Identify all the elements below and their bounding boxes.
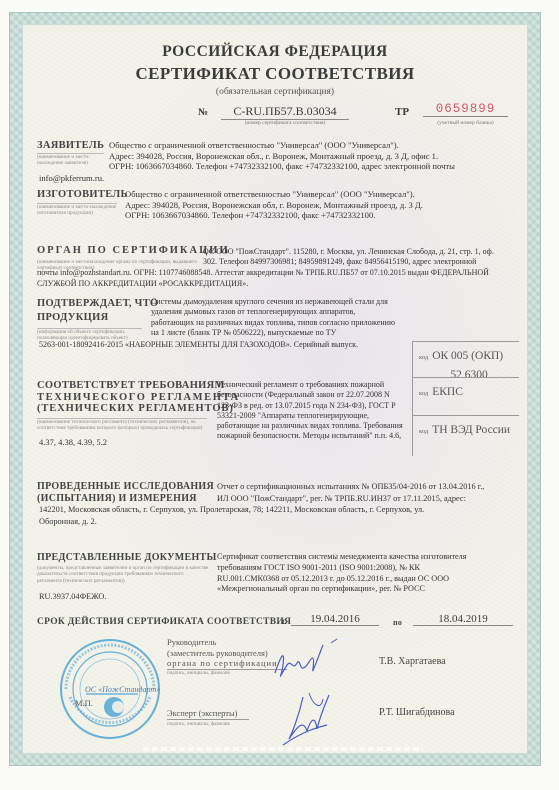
- product-spec-line: 5263-001-18092416-2015 «НАБОРНЫЕ ЭЛЕМЕНТ…: [39, 340, 358, 351]
- manufacturer-caption: (наименование и место-нахождение изготов…: [37, 203, 117, 217]
- cert-body-details-b: почты info@pozhstandart.ru. ОГРН: 110774…: [37, 268, 532, 289]
- compliance-heading-line: СООТВЕТСТВУЕТ ТРЕБОВАНИЯМ: [37, 380, 240, 392]
- tests-details-a: Отчет о сертификационных испытаниях № ОП…: [217, 481, 527, 504]
- tnved-code-label: код: [419, 428, 428, 435]
- head-name: Т.В. Харгатаева: [379, 657, 446, 668]
- tests-heading: ПРОВЕДЕННЫЕ ИССЛЕДОВАНИЯ (ИСПЫТАНИЯ) И И…: [37, 481, 214, 505]
- expert-caption: подпись, инициалы, фамилия: [167, 722, 230, 727]
- validity-to-date: 18.04.2019: [413, 613, 513, 626]
- documents-tail: RU.3937.04ФЕЖО.: [39, 592, 106, 603]
- expert-label: Эксперт (эксперты): [167, 708, 249, 720]
- product-heading-line: ПОДТВЕРЖДАЕТ, ЧТО: [37, 297, 158, 311]
- documents-line: «Межрегиональный орган по сертификации»,…: [217, 584, 527, 595]
- ekps-code-name: ЕКПС: [432, 386, 463, 398]
- compliance-line: работающие на различных видах топлива. Т…: [217, 421, 407, 431]
- compliance-line: Технический регламент о требованиях пожа…: [217, 380, 407, 390]
- applicant-line: ОГРН: 1063667034860. Телефон +7473233210…: [109, 161, 519, 172]
- compliance-caption: (наименование технического регламента (т…: [37, 418, 207, 432]
- validity-to-label: по: [393, 618, 402, 627]
- cert-body-line: СЛУЖБОЙ ПО АККРЕДИТАЦИИ «РОСАККРЕДИТАЦИЯ…: [37, 279, 532, 290]
- certificate-sheet: РОССИЙСКАЯ ФЕДЕРАЦИЯ СЕРТИФИКАТ СООТВЕТС…: [23, 25, 527, 753]
- validity-from-label: с: [282, 617, 287, 627]
- cert-body-line: почты info@pozhstandart.ru. ОГРН: 110774…: [37, 268, 532, 279]
- manufacturer-line: Общество с ограниченной ответственностью…: [125, 189, 525, 200]
- tp-label: ТР: [395, 106, 409, 118]
- tnved-code-name: ТН ВЭД России: [432, 424, 510, 436]
- product-line: Системы дымоудаления круглого сечения из…: [151, 297, 421, 307]
- stamp-org-text: ОС «ПожСтандарт»: [85, 685, 160, 694]
- tests-details-b: 142201, Московская область, г. Серпухов,…: [39, 504, 534, 527]
- documents-details: Сертификат соответствия системы менеджме…: [217, 552, 527, 595]
- head-signature-caption: подпись, инициалы, фамилия: [167, 671, 230, 676]
- compliance-line: пожарной безопасности. Методы испытаний"…: [217, 431, 407, 441]
- tests-line: Оборонная, д. 2.: [39, 516, 534, 528]
- ekps-code-box: код ЕКПС: [412, 377, 519, 418]
- certificate-border: РОССИЙСКАЯ ФЕДЕРАЦИЯ СЕРТИФИКАТ СООТВЕТС…: [9, 12, 541, 766]
- compliance-line: 53321-2009 "Аппараты теплогенерирующие,: [217, 411, 407, 421]
- documents-line: требованиям ГОСТ ISO 9001-2011 (ISO 9001…: [217, 563, 527, 574]
- certificate-number: C-RU.ПБ57.В.03034: [221, 104, 349, 120]
- certificate-subtitle: (обязательная сертификация): [23, 87, 527, 97]
- tnved-code-box: код ТН ВЭД России: [412, 415, 519, 456]
- product-line: удаления дымовых газов от теплогенерирую…: [151, 307, 421, 317]
- applicant-line: Общество с ограниченной ответственностью…: [109, 140, 519, 151]
- stamp-label: М.П.: [75, 698, 93, 708]
- okp-code-name: ОК 005 (ОКП): [432, 350, 503, 362]
- applicant-line: Адрес: 394028, Россия, Воронежская обл.,…: [109, 151, 519, 162]
- country-title: РОССИЙСКАЯ ФЕДЕРАЦИЯ: [23, 43, 527, 61]
- tests-line: ИЛ ООО "ПожСтандарт", рег. № ТРПБ.RU.ИН3…: [217, 493, 527, 505]
- manufacturer-details: Общество с ограниченной ответственностью…: [125, 189, 525, 221]
- documents-heading: ПРЕДСТАВЛЕННЫЕ ДОКУМЕНТЫ: [37, 552, 217, 563]
- compliance-details: Технический регламент о требованиях пожа…: [217, 380, 407, 442]
- product-line: на 1 листе (бланк ТР № 0506222), выпуска…: [151, 328, 421, 338]
- bottom-microtext: [143, 747, 423, 751]
- blank-number-caption: (учетный номер бланка): [423, 120, 508, 126]
- compliance-heading-line: (ТЕХНИЧЕСКИХ РЕГЛАМЕНТОВ): [37, 403, 240, 415]
- certificate-title: СЕРТИФИКАТ СООТВЕТСТВИЯ: [23, 64, 527, 84]
- expert-name: Р.Т. Шигабдинова: [379, 708, 455, 719]
- manufacturer-heading: ИЗГОТОВИТЕЛЬ: [37, 189, 128, 200]
- validity-from-date: 19.04.2016: [291, 613, 379, 626]
- documents-line: RU.001.СМК0368 от 05.12.2013 г. до 05.12…: [217, 574, 527, 585]
- product-heading-line: ПРОДУКЦИЯ: [37, 311, 158, 325]
- product-description: Системы дымоудаления круглого сечения из…: [151, 297, 421, 339]
- tests-line: 142201, Московская область, г. Серпухов,…: [39, 504, 534, 516]
- cert-body-details-a: ОС ООО "ПожСтандарт". 115280, г. Москва,…: [203, 247, 523, 267]
- okp-code-label: код: [419, 354, 428, 361]
- compliance-heading: СООТВЕТСТВУЕТ ТРЕБОВАНИЯМ ТЕХНИЧЕСКОГО Р…: [37, 380, 240, 415]
- compliance-clauses: 4.37, 4.38, 4.39, 5.2: [39, 437, 107, 448]
- applicant-details: Общество с ограниченной ответственностью…: [109, 140, 519, 172]
- signature-icon: [263, 635, 363, 755]
- compliance-heading-line: ТЕХНИЧЕСКОГО РЕГЛАМЕНТА: [37, 392, 240, 404]
- blank-number: 0659899: [423, 102, 508, 117]
- compliance-line: 123-ФЗ в ред. от 13.07.2015 года N 234-Ф…: [217, 401, 407, 411]
- manufacturer-line: Адрес: 394028, Россия, Воронежская обл, …: [125, 200, 525, 211]
- tests-heading-line: ПРОВЕДЕННЫЕ ИССЛЕДОВАНИЯ: [37, 481, 214, 493]
- cert-body-line: 302. Телефон 84997306981; 84959891249, ф…: [203, 257, 523, 267]
- validity-label: СРОК ДЕЙСТВИЯ СЕРТИФИКАТА СООТВЕТСТВИЯ: [37, 617, 291, 627]
- product-heading: ПОДТВЕРЖДАЕТ, ЧТО ПРОДУКЦИЯ: [37, 297, 158, 325]
- cert-body-heading: ОРГАН ПО СЕРТИФИКАЦИИ: [37, 245, 230, 256]
- ekps-code-label: код: [419, 390, 428, 397]
- certificate-number-caption: (номер сертификата соответствия): [221, 120, 349, 126]
- applicant-email: info@pkferrum.ru.: [39, 173, 104, 184]
- number-label: №: [198, 107, 208, 118]
- tests-line: Отчет о сертификационных испытаниях № ОП…: [217, 481, 527, 493]
- documents-line: Сертификат соответствия системы менеджме…: [217, 552, 527, 563]
- applicant-caption: (наименование и место-нахождение заявите…: [37, 153, 104, 167]
- documents-caption: (документы, представленные заявителем в …: [37, 565, 209, 584]
- compliance-line: безопасности (Федеральный закон от 22.07…: [217, 390, 407, 400]
- applicant-heading: ЗАЯВИТЕЛЬ: [37, 140, 104, 151]
- manufacturer-line: ОГРН: 1063667034860. Телефон +7473233210…: [125, 210, 525, 221]
- cert-body-line: ОС ООО "ПожСтандарт". 115280, г. Москва,…: [203, 247, 523, 257]
- product-line: работающих на различных видах топлива, т…: [151, 318, 421, 328]
